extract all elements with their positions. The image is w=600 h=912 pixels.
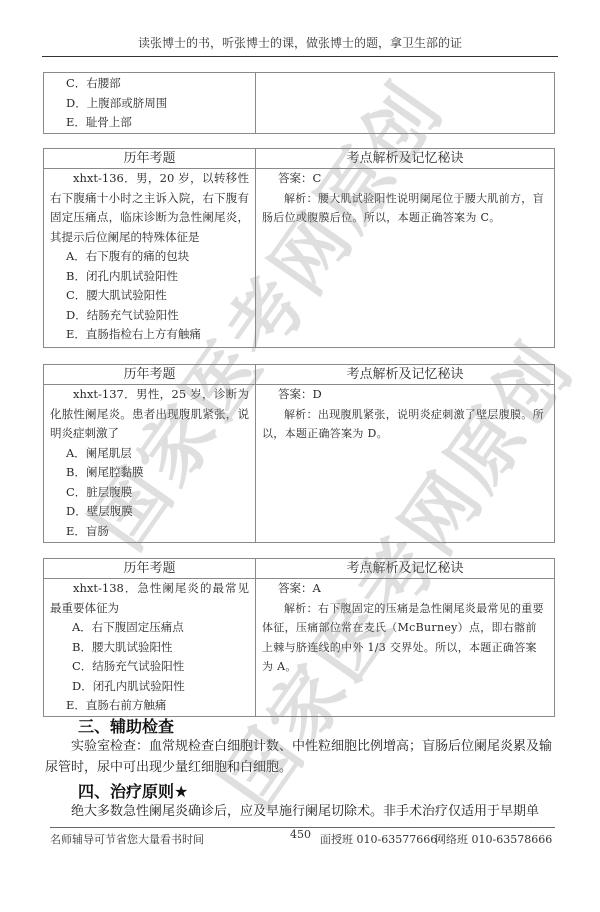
page-header: 读张博士的书，听张博士的课，做张博士的题，拿卫生部的证 xyxy=(42,36,558,57)
continuation-table: C．右腰部 D．上腹部或脐周围 E．耻骨上部 xyxy=(43,72,555,134)
question-stem: xhxt-138．急性阑尾炎的最常见最重要体征为 xyxy=(50,579,249,618)
option: E．直肠指检右上方有触痛 xyxy=(50,325,249,345)
contact-onsite: 面授班 010-63577666 xyxy=(320,831,437,847)
option: B．闭孔内肌试验阳性 xyxy=(50,267,249,287)
option: E．直肠右前方触痛 xyxy=(50,696,249,716)
explanation: 解析：右下腹固定的压痛是急性阑尾炎最常见的重要体征，压痛部位常在麦氏（McBur… xyxy=(262,599,548,677)
question-table-136: 历年考题 考点解析及记忆秘诀 xhxt-136．男，20 岁，以转移性右下腹痛十… xyxy=(43,148,555,348)
section-body-treatment: 绝大多数急性阑尾炎确诊后，应及早施行阑尾切除术。非手术治疗仅适用于早期单 xyxy=(45,801,557,822)
column-header-analysis: 考点解析及记忆秘诀 xyxy=(256,559,555,579)
option: D．闭孔内肌试验阳性 xyxy=(50,677,249,697)
page-number: 450 xyxy=(290,828,311,841)
answer: 答案：D xyxy=(262,385,548,405)
question-stem: xhxt-136．男，20 岁，以转移性右下腹痛十小时之主诉入院，右下腹有固定压… xyxy=(50,169,249,247)
page-footer: 名师辅导可节省您大量看书时间 450 面授班 010-63577666 网络班 … xyxy=(50,827,555,846)
footer-tagline: 名师辅导可节省您大量看书时间 xyxy=(50,831,204,847)
option: B．腰大肌试验阳性 xyxy=(50,638,249,658)
section-heading-auxiliary-exam: 三、辅助检查 xyxy=(78,714,174,737)
option: A．右下腹固定压痛点 xyxy=(50,618,249,638)
option: B．阑尾腔黏膜 xyxy=(50,463,249,483)
explanation: 解析：出现腹肌紧张，说明炎症刺激了壁层腹膜。所以，本题正确答案为 D。 xyxy=(262,405,548,444)
column-header-questions: 历年考题 xyxy=(44,365,256,385)
column-header-questions: 历年考题 xyxy=(44,559,256,579)
section-body-auxiliary-exam: 实验室检查：血常规检查白细胞计数、中性粒细胞比例增高；盲肠后位阑尾炎累及输尿管时… xyxy=(45,736,557,778)
option: C．右腰部 xyxy=(50,74,249,94)
column-header-analysis: 考点解析及记忆秘诀 xyxy=(256,365,555,385)
option: C．腰大肌试验阳性 xyxy=(50,286,249,306)
option: E．盲肠 xyxy=(50,522,249,542)
option: C．结肠充气试验阳性 xyxy=(50,657,249,677)
explanation: 解析：腰大肌试验阳性说明阑尾位于腰大肌前方，盲肠后位或腹膜后位。所以，本题正确答… xyxy=(262,189,548,228)
answer: 答案：C xyxy=(262,169,548,189)
question-table-137: 历年考题 考点解析及记忆秘诀 xhxt-137．男性，25 岁，诊断为化脓性阑尾… xyxy=(43,364,555,543)
section-heading-treatment: 四、治疗原则★ xyxy=(78,779,188,802)
option: A．阑尾肌层 xyxy=(50,444,249,464)
contact-online: 网络班 010-63578666 xyxy=(435,831,552,847)
column-header-questions: 历年考题 xyxy=(44,149,256,169)
option: A．右下腹有的痛的包块 xyxy=(50,247,249,267)
option: D．上腹部或脐周围 xyxy=(50,94,249,114)
column-header-analysis: 考点解析及记忆秘诀 xyxy=(256,149,555,169)
question-table-138: 历年考题 考点解析及记忆秘诀 xhxt-138．急性阑尾炎的最常见最重要体征为 … xyxy=(43,558,555,717)
option: E．耻骨上部 xyxy=(50,113,249,133)
option: C．脏层腹膜 xyxy=(50,483,249,503)
option: D．结肠充气试验阳性 xyxy=(50,306,249,326)
answer: 答案：A xyxy=(262,579,548,599)
question-stem: xhxt-137．男性，25 岁，诊断为化脓性阑尾炎。患者出现腹肌紧张，说明炎症… xyxy=(50,385,249,444)
option: D．壁层腹膜 xyxy=(50,502,249,522)
